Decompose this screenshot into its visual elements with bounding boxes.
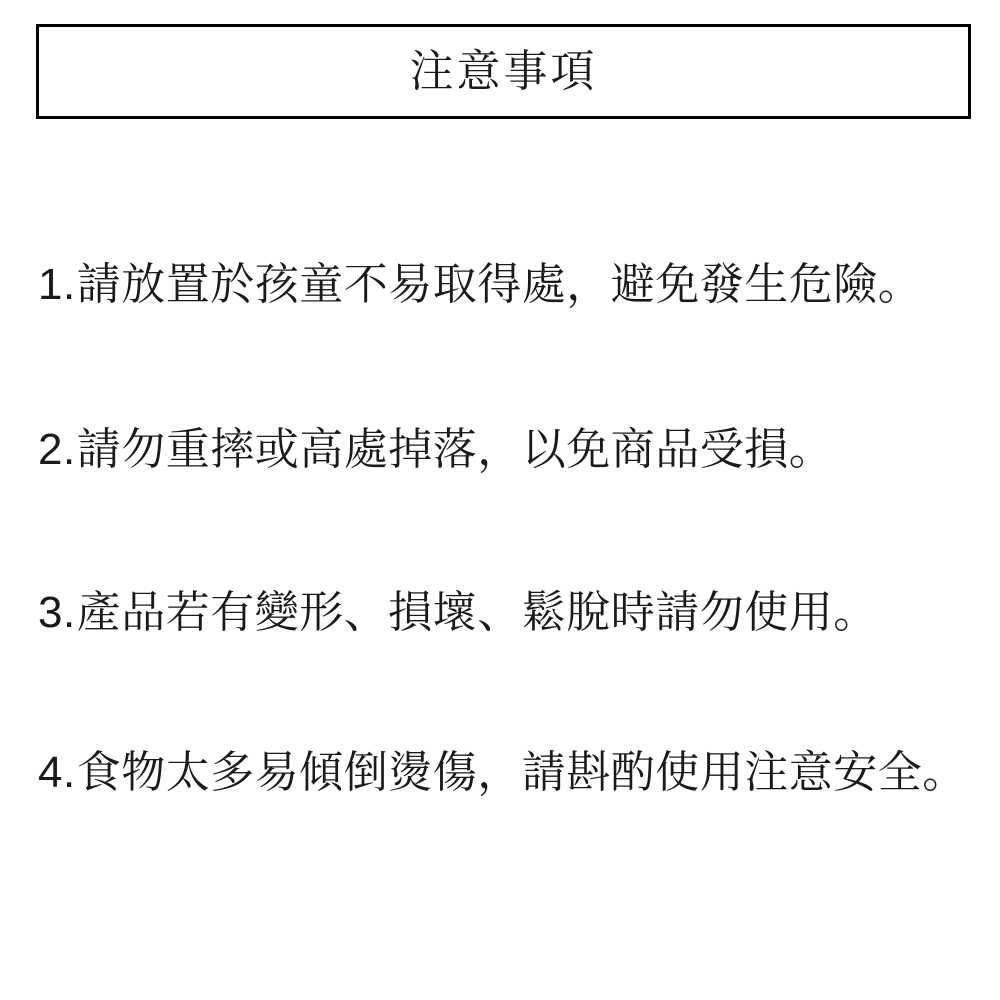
- note-2-number: 2.: [38, 425, 77, 474]
- note-3-number: 3.: [38, 588, 77, 637]
- note-item-1: 1.請放置於孩童不易取得處，避免發生危險。: [38, 263, 922, 307]
- note-2-text: 請勿重摔或高處掉落，以免商品受損。: [77, 425, 834, 474]
- page-title: 注意事項: [410, 50, 598, 94]
- note-4-number: 4.: [38, 748, 77, 797]
- note-item-4: 4.食物太多易傾倒燙傷，請斟酌使用注意安全。: [38, 751, 967, 795]
- note-item-2: 2.請勿重摔或高處掉落，以免商品受損。: [38, 428, 833, 472]
- note-3-text: 產品若有變形、損壞、鬆脫時請勿使用。: [77, 588, 878, 637]
- note-4-text: 食物太多易傾倒燙傷，請斟酌使用注意安全。: [77, 748, 967, 797]
- title-box: 注意事項: [36, 24, 971, 119]
- precaution-notice-page: { "colors": { "background": "#ffffff", "…: [0, 0, 1000, 1000]
- note-1-text: 請放置於孩童不易取得處，避免發生危險。: [77, 260, 923, 309]
- note-item-3: 3.產品若有變形、損壞、鬆脫時請勿使用。: [38, 591, 878, 635]
- note-1-number: 1.: [38, 260, 77, 309]
